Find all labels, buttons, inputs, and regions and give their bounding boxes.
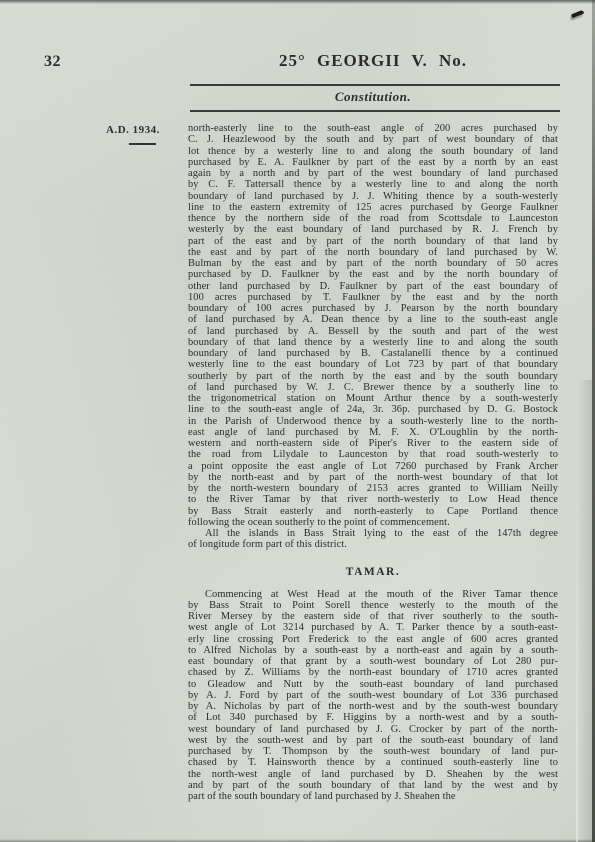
text-line: chased by Z. Williams by the north-east …: [188, 667, 558, 678]
text-line: of land purchased by W. J. C. Brewer the…: [188, 382, 558, 393]
text-line: thence by the northern side of the road …: [188, 213, 558, 224]
paragraph-tamar-boundary: Commencing at West Head at the mouth of …: [188, 589, 558, 803]
text-line: westerly by the east boundary of land pu…: [188, 224, 558, 235]
text-line: west angle of Lot 3214 purchased by A. T…: [188, 622, 558, 633]
text-line: lot thence by a westerly line to and alo…: [188, 146, 558, 157]
text-line: purchased by E. A. Faulkner by part of t…: [188, 157, 558, 168]
text-line: by the north-western boundary of 2153 ac…: [188, 483, 558, 494]
text-line: east boundary of that grant by a south-w…: [188, 656, 558, 667]
text-line: to Gleadow and Nutt by the south-east bo…: [188, 679, 558, 690]
text-line: to the River Tamar by that river north-w…: [188, 494, 558, 505]
text-line: River Mersey by the eastern side of that…: [188, 611, 558, 622]
margin-note-year: A.D. 1934.: [106, 124, 160, 136]
text-line: again by a north and by part of the west…: [188, 168, 558, 179]
text-line: part of the east and by part of the nort…: [188, 236, 558, 247]
text-line: other land purchased by D. Faulkner by p…: [188, 281, 558, 292]
text-line: to Alfred Nicholas by a south-east by a …: [188, 645, 558, 656]
text-line: C. J. Heazlewood by the south and by par…: [188, 134, 558, 145]
scan-edge-top: [0, 0, 595, 4]
text-line: east angle of land purchased by M. F. X.…: [188, 427, 558, 438]
text-line: by Bass Strait easterly and north-easter…: [188, 506, 558, 517]
text-line: boundary of land purchased by J. J. Whit…: [188, 191, 558, 202]
text-line: by C. F. Tattersall thence by a westerly…: [188, 179, 558, 190]
text-line: southerly by part of the north by the ea…: [188, 371, 558, 382]
text-line: of land purchased by A. Dean thence by a…: [188, 314, 558, 325]
text-line: in the Parish of Underwood thence by a s…: [188, 416, 558, 427]
running-title: Constitution.: [188, 89, 558, 105]
scanned-document-page: 32 25° GEORGII V. No. Constitution. A.D.…: [0, 0, 595, 842]
section-heading-tamar: TAMAR.: [188, 566, 558, 578]
paragraph-bass-strait-islands: All the islands in Bass Strait lying to …: [188, 528, 558, 551]
header-title: 25° GEORGII V. No.: [188, 51, 558, 71]
text-line: 100 acres purchased by T. Faulkner by th…: [188, 292, 558, 303]
header-rule-bottom: [190, 110, 560, 112]
text-line: by A. Nicholas by part of the north-west…: [188, 701, 558, 712]
text-line: the trigonometrical station on Mount Art…: [188, 393, 558, 404]
text-line: by Bass Strait to Point Sorell thence we…: [188, 600, 558, 611]
text-line: line to the south-east angle of 24a, 3r.…: [188, 404, 558, 415]
text-line: boundary of 100 acres purchased by J. Pe…: [188, 303, 558, 314]
text-line: the road from Lilydale to Launceston by …: [188, 449, 558, 460]
paragraph-launceston-boundary: north-easterly line to the south-east an…: [188, 123, 558, 528]
page-number: 32: [44, 53, 61, 71]
text-line: the east and by part of the north bounda…: [188, 247, 558, 258]
text-line: a point opposite the east angle of Lot 7…: [188, 461, 558, 472]
text-line: and by part of the south boundary of tha…: [188, 780, 558, 791]
text-line: chased by T. Hainsworth thence by a cont…: [188, 757, 558, 768]
text-line: All the islands in Bass Strait lying to …: [188, 528, 558, 539]
text-line: line to the eastern extremity of 125 acr…: [188, 202, 558, 213]
text-line: the north-west angle of land purchased b…: [188, 769, 558, 780]
header-rule-top: [190, 84, 560, 86]
text-line: following the ocean southerly to the poi…: [188, 517, 558, 528]
text-line: Commencing at West Head at the mouth of …: [188, 589, 558, 600]
text-line: of longitude form part of this district.: [188, 539, 558, 550]
margin-note-underline: [129, 143, 156, 145]
text-line: purchased by T. Thompson by the south-we…: [188, 746, 558, 757]
text-line: part of the south boundary of land purch…: [188, 791, 558, 802]
text-line: by the north-east and by part of the nor…: [188, 472, 558, 483]
text-line: of Lot 340 purchased by F. Higgins by a …: [188, 712, 558, 723]
text-line: boundary of that land thence by a wester…: [188, 337, 558, 348]
text-line: westerly line to the east boundary of Lo…: [188, 359, 558, 370]
paper-crease: [576, 430, 578, 842]
text-line: purchased by D. Faulkner by the east and…: [188, 269, 558, 280]
text-line: north-easterly line to the south-east an…: [188, 123, 558, 134]
text-line: erly line crossing Port Frederick to the…: [188, 634, 558, 645]
text-line: Bulman by the east and by part of the no…: [188, 258, 558, 269]
ink-mark: [571, 10, 585, 19]
text-line: western and north-eastern side of Piper'…: [188, 438, 558, 449]
text-line: west boundary of land purchased by J. G.…: [188, 724, 558, 735]
scan-edge-right-shadow: [578, 380, 592, 842]
text-column: north-easterly line to the south-east an…: [188, 123, 558, 802]
text-line: of land purchased by A. Bessell by the s…: [188, 326, 558, 337]
text-line: west by the south-west and by part of th…: [188, 735, 558, 746]
text-line: by A. J. Ford by part of the south-west …: [188, 690, 558, 701]
text-line: boundary of land purchased by B. Castala…: [188, 348, 558, 359]
